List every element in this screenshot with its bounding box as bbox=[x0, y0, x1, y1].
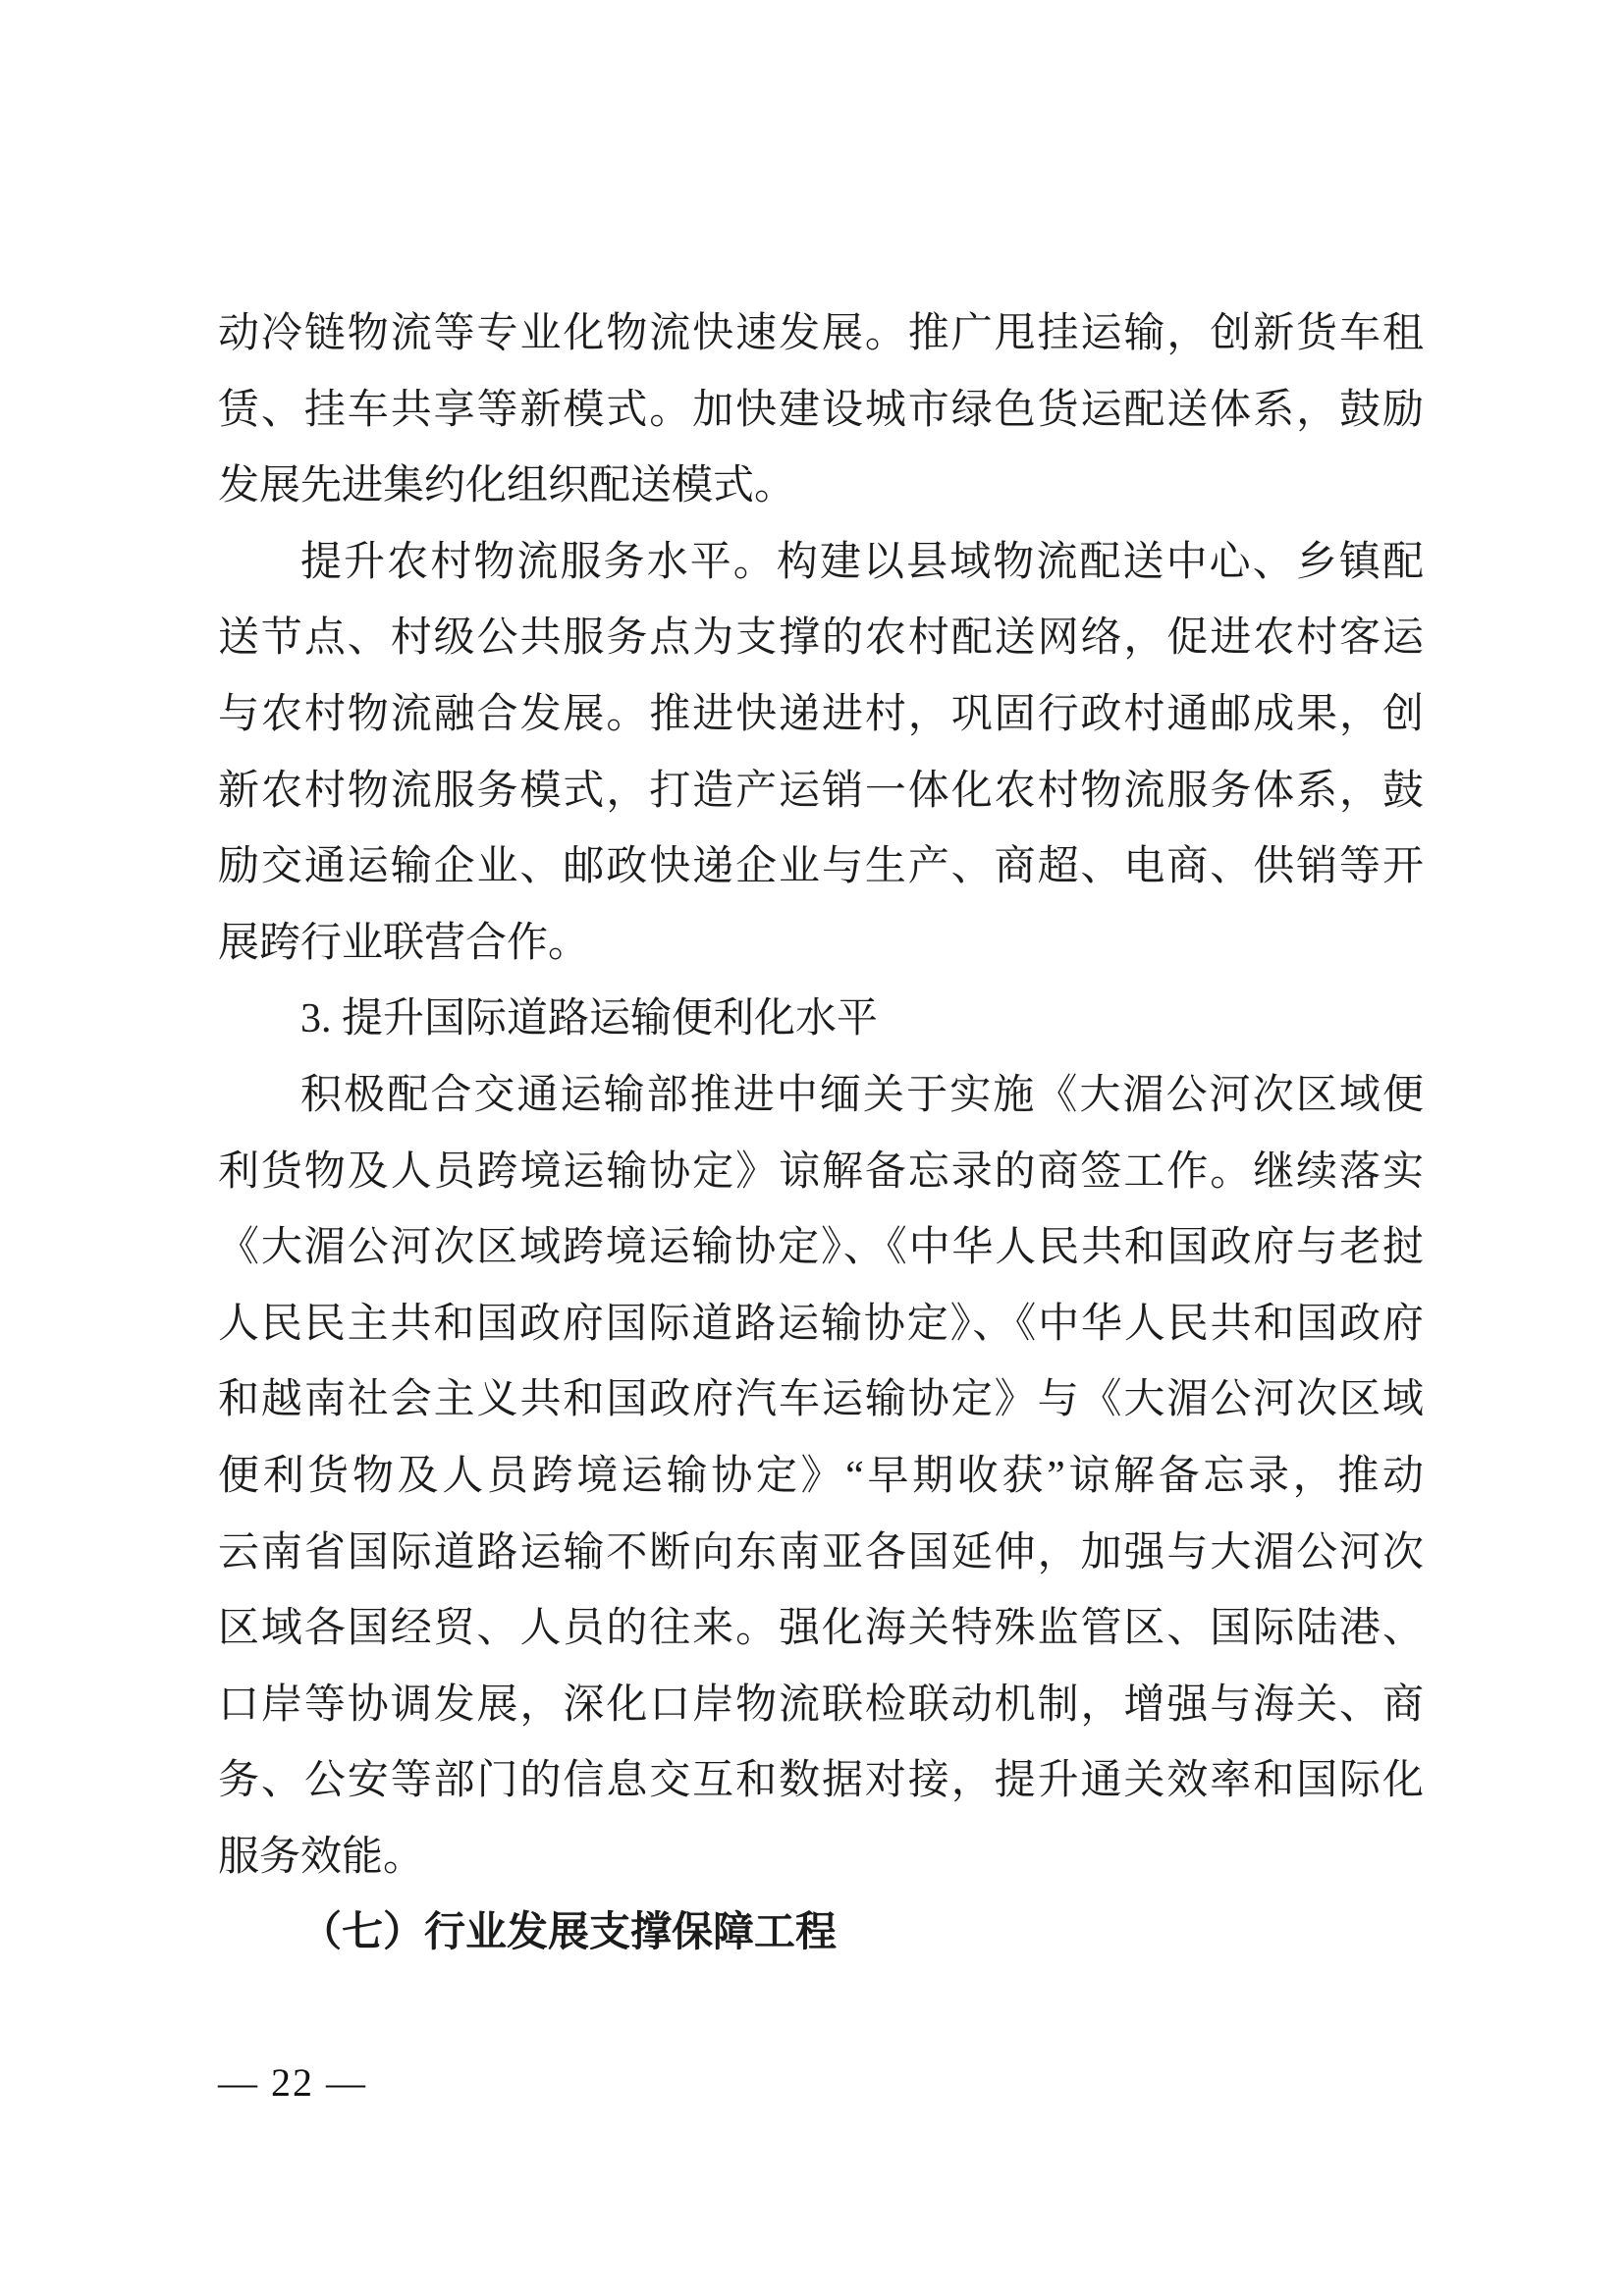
text-line: 便利货物及人员跨境运输协定》“早期收获”谅解备忘录，推动 bbox=[218, 1439, 1424, 1516]
text-line: 《大湄公河次区域跨境运输协定》、《中华人民共和国政府与老挝 bbox=[218, 1210, 1424, 1287]
text-line: 云南省国际道路运输不断向东南亚各国延伸，加强与大湄公河次 bbox=[218, 1516, 1424, 1592]
text-line: 励交通运输企业、邮政快递企业与生产、商超、电商、供销等开 bbox=[218, 829, 1424, 906]
text-line: 展跨行业联营合作。 bbox=[218, 906, 1424, 983]
text-line: 与农村物流融合发展。推进快递进村，巩固行政村通邮成果，创 bbox=[218, 677, 1424, 754]
section-heading: （七）行业发展支撑保障工程 bbox=[218, 1896, 1424, 1972]
text-line: 利货物及人员跨境运输协定》谅解备忘录的商签工作。继续落实 bbox=[218, 1135, 1424, 1211]
text-line: 3. 提升国际道路运输便利化水平 bbox=[218, 982, 1424, 1058]
text-line: 区域各国经贸、人员的往来。强化海关特殊监管区、国际陆港、 bbox=[218, 1591, 1424, 1668]
text-line: 务、公安等部门的信息交互和数据对接，提升通关效率和国际化 bbox=[218, 1743, 1424, 1820]
text-line: 服务效能。 bbox=[218, 1820, 1424, 1896]
text-line: 发展先进集约化组织配送模式。 bbox=[218, 449, 1424, 525]
body-text: 动冷链物流等专业化物流快速发展。推广甩挂运输，创新货车租赁、挂车共享等新模式。加… bbox=[218, 296, 1424, 1972]
page-number: — 22 — bbox=[218, 2059, 367, 2107]
text-line: 动冷链物流等专业化物流快速发展。推广甩挂运输，创新货车租 bbox=[218, 296, 1424, 373]
text-line: 提升农村物流服务水平。构建以县域物流配送中心、乡镇配 bbox=[218, 525, 1424, 602]
text-line: 积极配合交通运输部推进中缅关于实施《大湄公河次区域便 bbox=[218, 1058, 1424, 1135]
document-page: 动冷链物流等专业化物流快速发展。推广甩挂运输，创新货车租赁、挂车共享等新模式。加… bbox=[0, 0, 1624, 2296]
text-line: 新农村物流服务模式，打造产运销一体化农村物流服务体系，鼓 bbox=[218, 754, 1424, 830]
text-line: 人民民主共和国政府国际道路运输协定》、《中华人民共和国政府 bbox=[218, 1287, 1424, 1363]
text-line: 和越南社会主义共和国政府汽车运输协定》与《大湄公河次区域 bbox=[218, 1362, 1424, 1439]
text-line: 送节点、村级公共服务点为支撑的农村配送网络，促进农村客运 bbox=[218, 601, 1424, 677]
text-line: 口岸等协调发展，深化口岸物流联检联动机制，增强与海关、商 bbox=[218, 1668, 1424, 1744]
text-line: 赁、挂车共享等新模式。加快建设城市绿色货运配送体系，鼓励 bbox=[218, 373, 1424, 450]
